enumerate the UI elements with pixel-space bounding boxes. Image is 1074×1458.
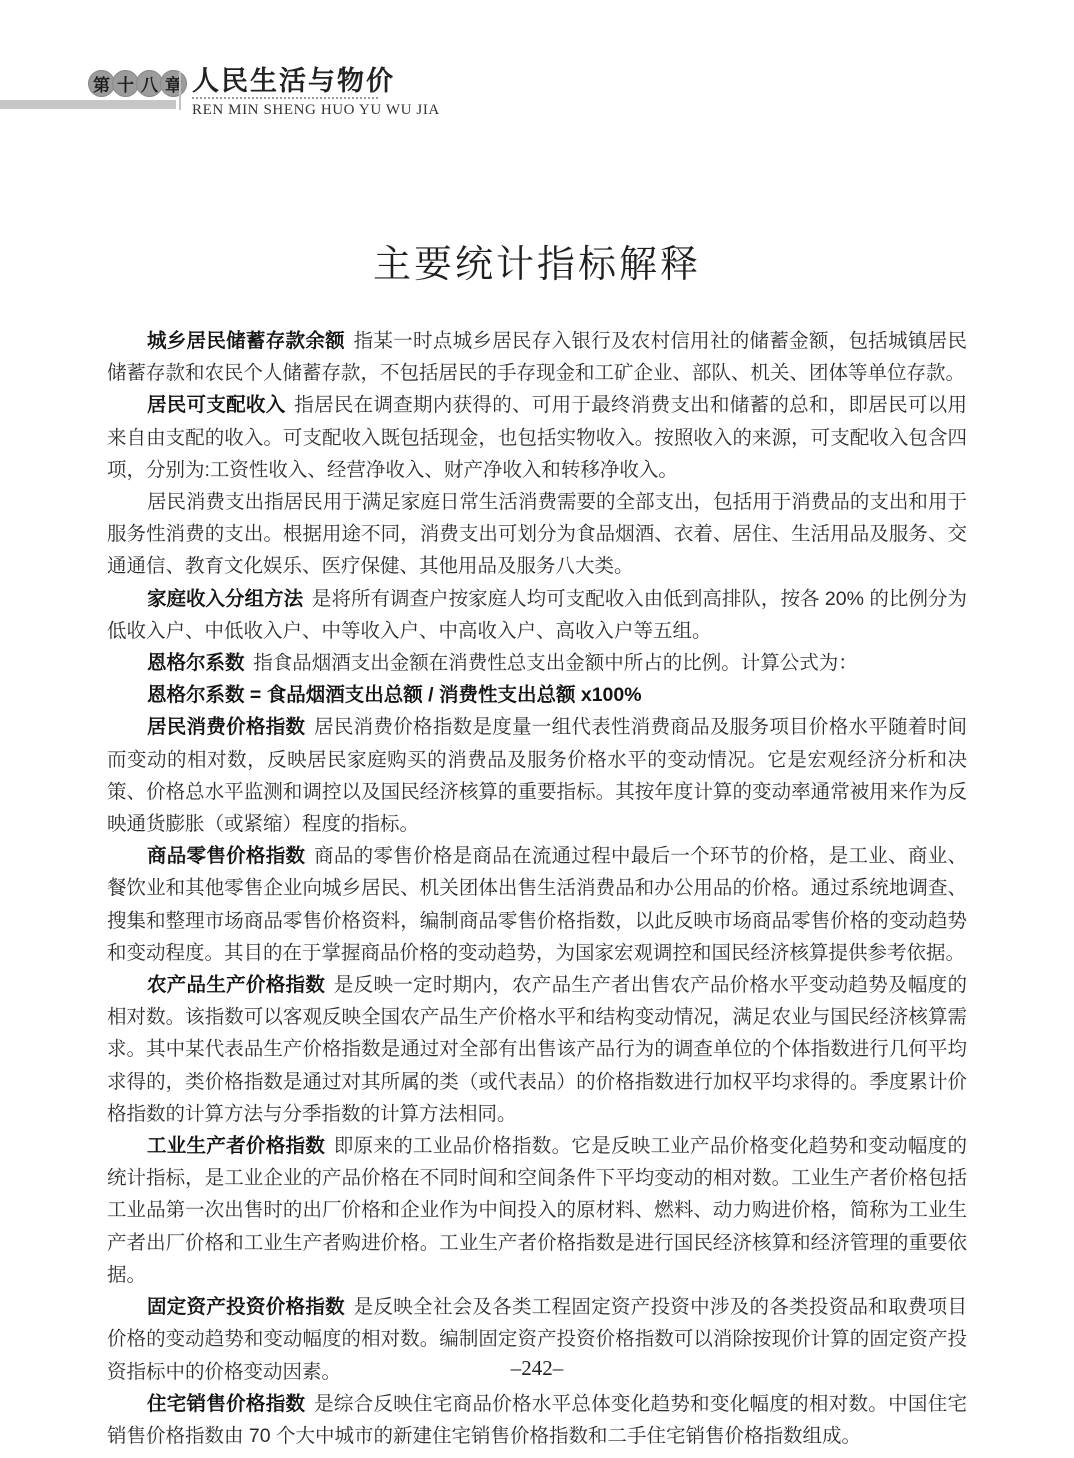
chapter-title: 人民生活与物价: [192, 66, 440, 96]
term-label: 城乡居民储蓄存款余额: [147, 330, 345, 352]
paragraph: 农产品生产价格指数是反映一定时期内，农产品生产者出售农产品价格水平变动趋势及幅度…: [107, 969, 967, 1130]
term-label: 固定资产投资价格指数: [147, 1296, 345, 1318]
page-number: –242–: [0, 1356, 1074, 1381]
chapter-pinyin: REN MIN SHENG HUO YU WU JIA: [192, 102, 440, 119]
paragraph: 住宅销售价格指数是综合反映住宅商品价格水平总体变化趋势和变化幅度的相对数。中国住…: [107, 1388, 967, 1452]
paragraph: 居民消费支出指居民用于满足家庭日常生活消费需要的全部支出，包括用于消费品的支出和…: [107, 486, 967, 583]
paragraph: 居民可支配收入指居民在调查期内获得的、可用于最终消费支出和储蓄的总和，即居民可以…: [107, 389, 967, 486]
term-label: 家庭收入分组方法: [147, 588, 303, 610]
chapter-header: 第 十 八 章 人民生活与物价 REN MIN SHENG HUO YU WU …: [0, 66, 1074, 136]
paragraph: 家庭收入分组方法是将所有调查户按家庭人均可支配收入由低到高排队，按各 20% 的…: [107, 583, 967, 647]
chapter-badge-char-icon: 八: [136, 70, 163, 97]
chapter-badge-char-icon: 第: [88, 70, 115, 97]
term-label: 居民可支配收入: [147, 394, 286, 416]
term-label: 住宅销售价格指数: [147, 1393, 305, 1415]
engel-formula: 恩格尔系数 = 食品烟酒支出总额 / 消费性支出总额 x100%: [107, 679, 967, 711]
page-title: 主要统计指标解释: [0, 233, 1074, 288]
body-content: 城乡居民储蓄存款余额指某一时点城乡居民存入银行及农村信用社的储蓄金额，包括城镇居…: [107, 325, 967, 1452]
paragraph-text: 即原来的工业品价格指数。它是反映工业产品价格变化趋势和变动幅度的统计指标，是工业…: [107, 1135, 967, 1286]
term-label: 商品零售价格指数: [147, 845, 305, 867]
paragraph: 工业生产者价格指数即原来的工业品价格指数。它是反映工业产品价格变化趋势和变动幅度…: [107, 1130, 967, 1291]
chapter-badge-char-icon: 十: [112, 70, 139, 97]
paragraph: 居民消费价格指数居民消费价格指数是度量一组代表性消费商品及服务项目价格水平随着时…: [107, 711, 967, 840]
chapter-badge-char-icon: 章: [160, 70, 187, 97]
header-divider: [179, 72, 181, 110]
header-gray-bar: [0, 100, 176, 109]
term-label: 工业生产者价格指数: [147, 1135, 325, 1157]
formula-text: 恩格尔系数 = 食品烟酒支出总额 / 消费性支出总额 x100%: [147, 684, 642, 706]
paragraph: 商品零售价格指数商品的零售价格是商品在流通过程中最后一个环节的价格，是工业、商业…: [107, 840, 967, 969]
term-label: 恩格尔系数: [147, 652, 245, 674]
chapter-title-block: 人民生活与物价 REN MIN SHENG HUO YU WU JIA: [192, 66, 440, 119]
term-label: 农产品生产价格指数: [147, 974, 325, 996]
term-label: 居民消费价格指数: [147, 716, 305, 738]
paragraph: 恩格尔系数指食品烟酒支出金额在消费性总支出金额中所占的比例。计算公式为：: [107, 647, 967, 679]
chapter-number-badge: 第 十 八 章: [88, 70, 187, 97]
paragraph: 城乡居民储蓄存款余额指某一时点城乡居民存入银行及农村信用社的储蓄金额，包括城镇居…: [107, 325, 967, 389]
paragraph-text: 指食品烟酒支出金额在消费性总支出金额中所占的比例。计算公式为：: [253, 652, 858, 674]
paragraph-text: 居民消费支出指居民用于满足家庭日常生活消费需要的全部支出，包括用于消费品的支出和…: [107, 491, 967, 577]
paragraph-text: 是反映一定时期内，农产品生产者出售农产品价格水平变动趋势及幅度的相对数。该指数可…: [107, 974, 967, 1125]
chapter-title-dotted-underline: [192, 97, 378, 99]
